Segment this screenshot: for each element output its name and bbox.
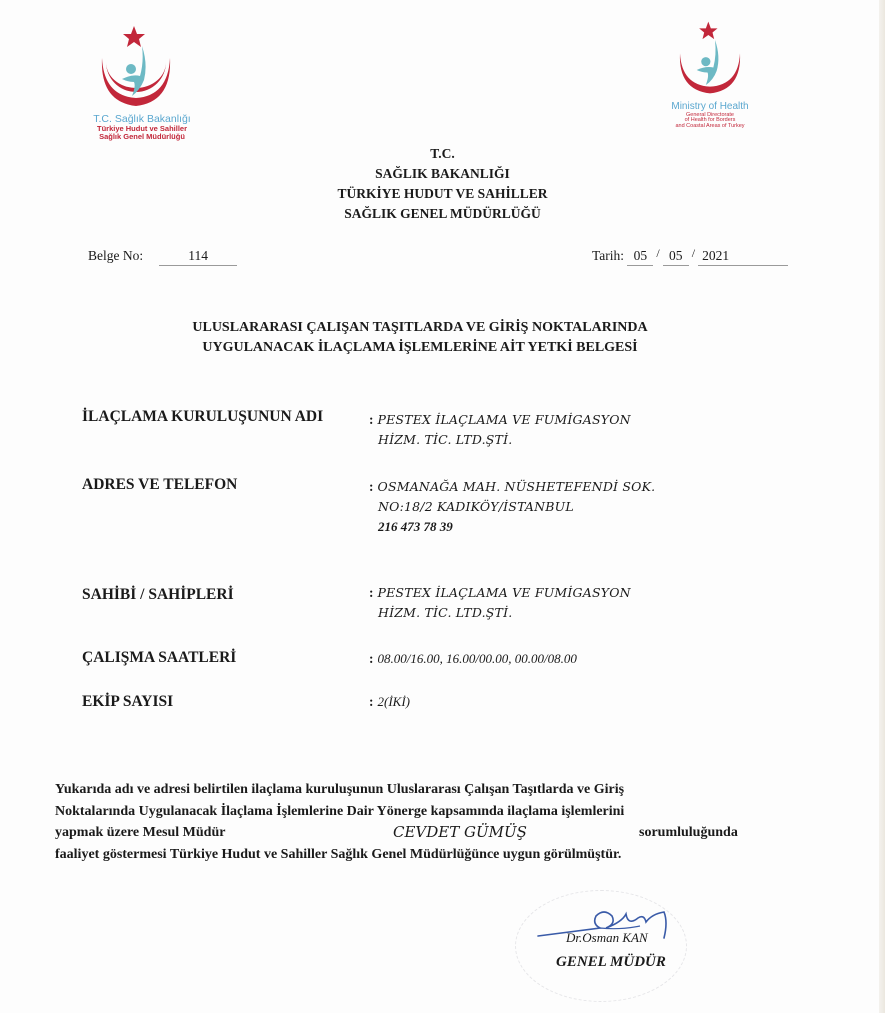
logo-right: Ministry of Health General Directorate o… — [660, 20, 760, 130]
field-colon: : — [369, 479, 374, 494]
date-separator: / — [656, 246, 659, 261]
date-label: Tarih: — [592, 248, 624, 263]
document-number-value: 114 — [159, 248, 237, 266]
paragraph-line-2: Noktalarında Uygulanacak İlaçlama İşleml… — [55, 801, 775, 823]
working-hours-value: 08.00/16.00, 16.00/00.00, 00.00/08.00 — [378, 651, 577, 666]
logo-caption-directorate-en-3: and Coastal Areas of Turkey — [660, 124, 760, 130]
document-title: ULUSLARARASI ÇALIŞAN TAŞITLARDA VE GİRİŞ… — [0, 318, 840, 358]
document-number-label: Belge No: — [88, 248, 143, 263]
field-colon: : — [369, 694, 374, 709]
field-value-address: :OSMANAĞA MAH. NÜSHETEFENDİ SOK. NO:18/2… — [369, 477, 655, 537]
signer-name: Dr.Osman KAN — [566, 930, 648, 946]
header-line-ministry: SAĞLIK BAKANLIĞI — [0, 164, 885, 184]
date-year: 2021 — [698, 248, 788, 266]
title-line-1: ULUSLARARASI ÇALIŞAN TAŞITLARDA VE GİRİŞ… — [0, 318, 840, 338]
signer-title: GENEL MÜDÜR — [556, 954, 666, 971]
responsible-manager-name: CEVDET GÜMÜŞ — [393, 822, 527, 844]
header-line-tc: T.C. — [0, 144, 885, 164]
logo-caption-ministry-en: Ministry of Health — [660, 102, 760, 113]
team-count-value: 2(İKİ) — [378, 694, 411, 709]
ministry-logo-icon — [82, 24, 202, 112]
company-name-line-1: PESTEX İLAÇLAMA VE FUMİGASYON — [378, 412, 631, 427]
field-value-working-hours: :08.00/16.00, 16.00/00.00, 00.00/08.00 — [369, 649, 577, 669]
field-label-company-name: İLAÇLAMA KURULUŞUNUN ADI — [82, 408, 323, 426]
document-number: Belge No:114 — [88, 248, 237, 266]
phone-number: 216 473 78 39 — [378, 519, 453, 534]
title-line-2: UYGULANACAK İLAÇLAMA İŞLEMLERİNE AİT YET… — [0, 338, 840, 358]
field-colon: : — [369, 412, 374, 427]
date-day: 05 — [627, 248, 653, 266]
date-month: 05 — [663, 248, 689, 266]
field-colon: : — [369, 585, 374, 600]
field-label-address: ADRES VE TELEFON — [82, 476, 237, 494]
field-value-company-name: :PESTEX İLAÇLAMA VE FUMİGASYON HİZM. TİC… — [369, 410, 631, 450]
paragraph-line-3: yapmak üzere Mesul Müdür CEVDET GÜMÜŞ so… — [55, 822, 775, 844]
owners-line-1: PESTEX İLAÇLAMA VE FUMİGASYON — [378, 585, 631, 600]
owners-line-2: HİZM. TİC. LTD.ŞTİ. — [378, 605, 512, 620]
document-header: T.C. SAĞLIK BAKANLIĞI TÜRKİYE HUDUT VE S… — [0, 144, 885, 224]
field-value-team-count: :2(İKİ) — [369, 692, 410, 712]
logo-caption-directorate-2: Sağlık Genel Müdürlüğü — [82, 133, 202, 141]
date-separator: / — [692, 246, 695, 261]
paragraph-line-4: faaliyet göstermesi Türkiye Hudut ve Sah… — [55, 844, 775, 866]
document-date: Tarih: 05/05/2021 — [592, 248, 788, 266]
company-name-line-2: HİZM. TİC. LTD.ŞTİ. — [378, 432, 512, 447]
field-label-owners: SAHİBİ / SAHİPLERİ — [82, 586, 234, 604]
field-colon: : — [369, 651, 374, 666]
ministry-logo-icon — [660, 20, 760, 100]
paragraph-line-3-start: yapmak üzere Mesul Müdür — [55, 825, 225, 840]
paragraph-line-1: Yukarıda adı ve adresi belirtilen ilaçla… — [55, 779, 775, 801]
address-line-2: NO:18/2 KADIKÖY/İSTANBUL — [378, 499, 574, 514]
field-value-owners: :PESTEX İLAÇLAMA VE FUMİGASYON HİZM. TİC… — [369, 583, 631, 623]
field-label-working-hours: ÇALIŞMA SAATLERİ — [82, 649, 236, 667]
field-label-team-count: EKİP SAYISI — [82, 693, 173, 711]
header-line-directorate: SAĞLIK GENEL MÜDÜRLÜĞÜ — [0, 204, 885, 224]
header-line-borders: TÜRKİYE HUDUT VE SAHİLLER — [0, 184, 885, 204]
paragraph-line-3-end: sorumluluğunda — [639, 822, 738, 844]
address-line-1: OSMANAĞA MAH. NÜSHETEFENDİ SOK. — [378, 479, 656, 494]
logo-left: T.C. Sağlık Bakanlığı Türkiye Hudut ve S… — [82, 24, 202, 141]
authorization-paragraph: Yukarıda adı ve adresi belirtilen ilaçla… — [55, 779, 775, 865]
